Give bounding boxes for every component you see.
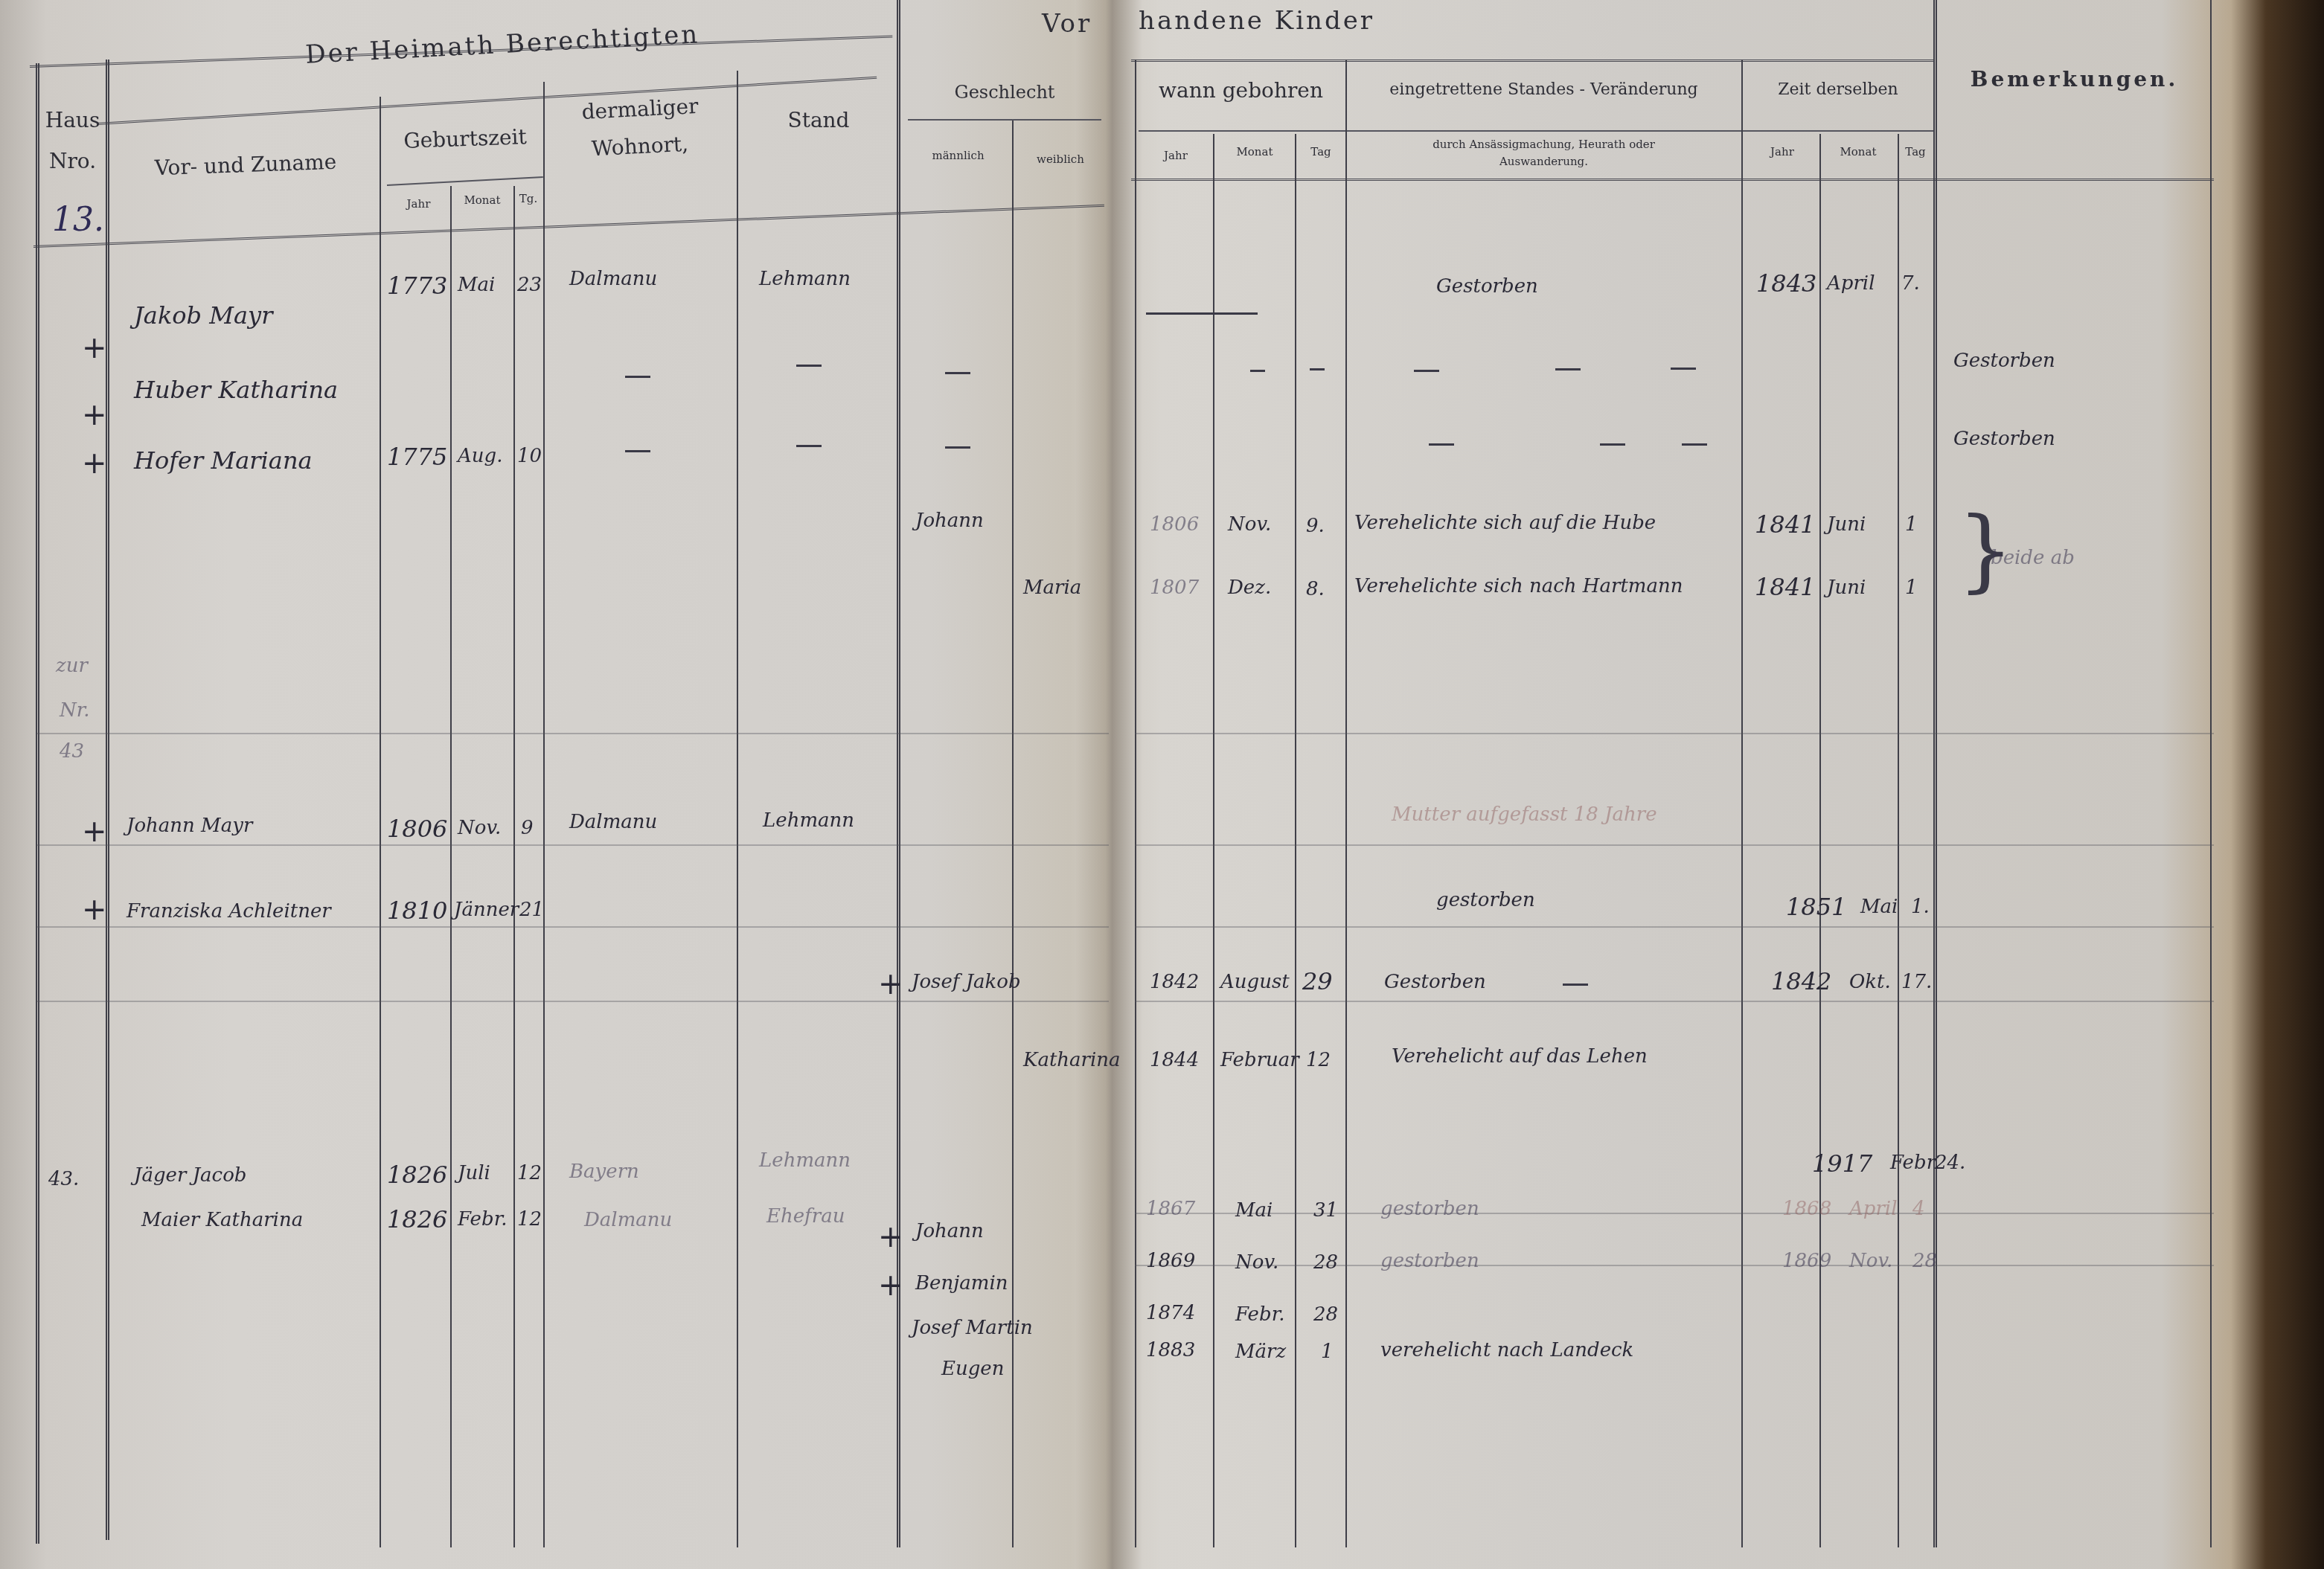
status-change: verehelicht nach Landeck	[1380, 1339, 1633, 1361]
status: Ehefrau	[766, 1205, 845, 1228]
header-bottom-rule	[33, 205, 1104, 248]
birth-day: 12	[517, 1208, 542, 1231]
deceased-cross-icon: +	[82, 446, 107, 481]
header-wohnort: Wohnort,	[557, 129, 722, 162]
header-geburtszeit: Geburtszeit	[390, 124, 540, 154]
header-wann-gebohren: wann gebohren	[1139, 78, 1343, 103]
col-line	[1345, 60, 1347, 1547]
ditto-dash	[796, 365, 822, 367]
ditto-dash	[625, 376, 650, 378]
header-der-heimath-berechtigten: Der Heimath Berechtigten	[304, 19, 700, 70]
row-divider	[1135, 1265, 2214, 1266]
child-name-female: Maria	[1023, 577, 1081, 599]
row-divider	[37, 844, 1109, 846]
child-birth-year: 1883	[1146, 1339, 1195, 1361]
header-zeit-tag: Tag	[1898, 145, 1933, 158]
status-change: Verehelicht auf das Lehen	[1392, 1045, 1648, 1068]
event-day: 1.	[1911, 896, 1930, 918]
margin-note-zur: zur	[56, 655, 88, 677]
event-month: Nov.	[1849, 1250, 1892, 1272]
status-change: gestorben	[1380, 1250, 1479, 1272]
header-nro: Nro.	[41, 149, 104, 173]
birth-year: 1810	[387, 896, 447, 925]
event-month: Febr.	[1890, 1152, 1940, 1174]
header-geb-tag: Tg.	[513, 192, 543, 205]
birth-day: 12	[517, 1162, 542, 1184]
status-change: gestorben	[1380, 1198, 1479, 1220]
house-number: 13.	[52, 201, 104, 239]
remark: Gestorben	[1953, 428, 2055, 450]
child-name-male: Johann	[915, 1220, 984, 1242]
birth-month: Aug.	[458, 445, 502, 467]
deceased-cross-icon: +	[878, 967, 903, 1001]
ditto-dash	[1671, 368, 1696, 370]
event-day: 1	[1905, 577, 1918, 599]
col-line	[1933, 0, 1937, 1547]
child-birth-day: 28	[1313, 1251, 1338, 1274]
header-bottom-rule	[1131, 179, 2214, 181]
child-birth-year: 1874	[1146, 1302, 1195, 1324]
row-divider	[1135, 1001, 2214, 1002]
event-year: 1869	[1782, 1250, 1831, 1272]
residence: Dalmanu	[569, 268, 657, 290]
title-rule	[1131, 60, 1935, 62]
deceased-cross-icon: +	[878, 1268, 903, 1303]
header-dermaliger: dermaliger	[557, 92, 722, 125]
birth-year: 1826	[387, 1161, 447, 1189]
left-page: Der Heimath Berechtigten Haus Nro. 13. V…	[22, 0, 1109, 1569]
header-kind-monat: Monat	[1214, 145, 1295, 158]
header-geb-jahr: Jahr	[387, 197, 450, 211]
row-divider	[37, 733, 1109, 734]
header-weiblich: weiblich	[1016, 153, 1105, 166]
status-change: Gestorben	[1384, 971, 1486, 993]
col-line	[1213, 134, 1214, 1547]
status-change: gestorben	[1436, 889, 1535, 911]
ditto-dash	[1414, 370, 1439, 372]
deceased-cross-icon: +	[82, 331, 107, 365]
status-change: Verehelichte sich nach Hartmann	[1354, 575, 1683, 597]
deceased-cross-icon: +	[82, 398, 107, 432]
event-year: 1851	[1786, 893, 1846, 921]
child-birth-year: 1806	[1150, 513, 1199, 536]
status: Lehmann	[759, 268, 851, 290]
header-standes-sub-2: Auswanderung.	[1348, 155, 1739, 168]
child-birth-month: Mai	[1235, 1199, 1273, 1222]
child-name-male: Eugen	[941, 1358, 1005, 1380]
birth-year: 1806	[387, 815, 447, 843]
event-year: 1842	[1771, 967, 1831, 995]
residence: Bayern	[569, 1161, 639, 1183]
header-haus: Haus	[41, 108, 104, 132]
event-month: Juni	[1827, 513, 1866, 536]
col-line	[380, 97, 381, 1547]
ditto-dash	[1250, 370, 1265, 372]
child-birth-month: August	[1220, 971, 1290, 993]
row-divider	[1135, 926, 2214, 928]
child-birth-year: 1869	[1146, 1250, 1195, 1272]
col-line	[1741, 60, 1743, 1547]
margin-note-nr: Nr.	[60, 699, 90, 722]
status-change: Verehelichte sich auf die Hube	[1354, 512, 1656, 534]
child-birth-month: Februar	[1220, 1049, 1299, 1071]
row-divider	[37, 1001, 1109, 1002]
event-day: 4	[1912, 1198, 1925, 1220]
ditto-dash	[1555, 368, 1581, 370]
status-change: Gestorben	[1436, 275, 1538, 298]
child-birth-month: Febr.	[1235, 1303, 1285, 1326]
remark: beide ab	[1991, 547, 2075, 569]
person-name: Huber Katharina	[134, 376, 338, 404]
ditto-dash	[1563, 984, 1588, 986]
birth-month: Juli	[458, 1162, 490, 1184]
event-month: April	[1849, 1198, 1897, 1220]
col-line	[1135, 60, 1136, 1547]
header-standes-sub-1: durch Ansässigmachung, Heurath oder	[1348, 138, 1739, 151]
birth-month: Jänner	[454, 899, 519, 921]
ditto-dash	[796, 445, 822, 447]
birth-day: 10	[517, 445, 542, 467]
event-day: 7.	[1901, 272, 1920, 295]
row-divider	[1135, 844, 2214, 846]
birth-day: 21	[519, 899, 544, 921]
person-name: Maier Katharina	[141, 1209, 303, 1231]
child-name-male: Josef Jakob	[912, 971, 1021, 993]
child-birth-day: 8.	[1306, 578, 1325, 600]
ditto-dash	[945, 372, 970, 374]
child-birth-month: Nov.	[1235, 1251, 1278, 1274]
header-zeit-monat: Monat	[1821, 145, 1895, 158]
event-day: 24.	[1935, 1152, 1965, 1174]
event-day: 17.	[1901, 971, 1932, 993]
birth-month: Febr.	[458, 1208, 508, 1231]
col-line	[543, 82, 545, 1547]
ditto-dash	[625, 450, 650, 452]
col-line	[513, 186, 515, 1547]
residence: Dalmanu	[584, 1209, 672, 1231]
header-maennlich: männlich	[904, 149, 1012, 162]
ledger-book: Der Heimath Berechtigten Haus Nro. 13. V…	[0, 0, 2324, 1569]
event-year: 1841	[1755, 510, 1815, 539]
deceased-cross-icon: +	[82, 893, 107, 927]
header-standes-veraenderung: eingetrettene Standes - Veränderung	[1348, 80, 1739, 99]
house-number-entry: 43.	[48, 1168, 79, 1190]
col-line	[1898, 134, 1899, 1547]
ditto-dash	[1146, 312, 1258, 315]
header-geb-monat: Monat	[452, 193, 512, 207]
ditto-dash	[1600, 443, 1625, 446]
status: Lehmann	[763, 809, 854, 832]
col-line	[897, 0, 900, 1547]
sub-header-rule	[1139, 130, 1935, 132]
geburtszeit-sub-rule	[387, 176, 543, 186]
header-kind-tag: Tag	[1296, 145, 1345, 158]
margin-note-43: 43	[60, 740, 84, 763]
event-month: Mai	[1860, 896, 1898, 918]
status-change: Mutter aufgefasst 18 Jahre	[1392, 803, 1657, 826]
child-birth-year: 1807	[1150, 577, 1199, 599]
child-name-male: Johann	[915, 510, 984, 532]
event-month: Juni	[1827, 577, 1866, 599]
child-birth-year: 1867	[1146, 1198, 1195, 1220]
event-day: 1	[1905, 513, 1918, 536]
event-year: 1841	[1755, 573, 1815, 601]
header-geschlecht: Geschlecht	[908, 82, 1101, 103]
event-year: 1843	[1756, 269, 1816, 298]
birth-month: Nov.	[458, 817, 501, 839]
col-line	[1819, 134, 1821, 1547]
birth-year: 1826	[387, 1205, 447, 1233]
col-line	[737, 71, 738, 1547]
col-line	[106, 60, 109, 1540]
birth-day: 9	[521, 817, 534, 839]
row-divider	[1135, 733, 2214, 734]
birth-year: 1773	[387, 272, 447, 300]
row-divider	[1135, 1213, 2214, 1214]
header-zeit-derselben: Zeit derselben	[1745, 80, 1931, 99]
child-birth-day: 29	[1302, 967, 1333, 995]
header-vor-und-zuname: Vor- und Zuname	[127, 148, 365, 181]
header-bemerkungen: Bemerkungen.	[1939, 67, 2210, 92]
deceased-cross-icon: +	[82, 815, 107, 849]
row-divider	[37, 926, 1109, 928]
child-birth-month: März	[1235, 1341, 1286, 1363]
ditto-dash	[1310, 368, 1325, 370]
child-birth-month: Dez.	[1228, 577, 1271, 599]
child-birth-year: 1842	[1150, 971, 1199, 993]
event-day: 28	[1912, 1250, 1937, 1272]
right-page: Vor handene Kinder wann gebohren Jahr Mo…	[1116, 0, 2158, 1569]
ditto-dash	[1682, 443, 1707, 446]
header-vor: Vor	[1042, 9, 1092, 39]
person-name: Hofer Mariana	[134, 446, 313, 475]
residence: Dalmanu	[569, 811, 657, 833]
child-name-male: Josef Martin	[912, 1317, 1033, 1339]
event-month: April	[1827, 272, 1875, 295]
header-handene-kinder: handene Kinder	[1139, 6, 1374, 36]
person-name: Johann Mayr	[127, 815, 252, 837]
child-birth-day: 12	[1306, 1049, 1331, 1071]
child-birth-year: 1844	[1150, 1049, 1199, 1071]
person-name: Franziska Achleitner	[127, 900, 331, 923]
header-zeit-jahr: Jahr	[1745, 145, 1819, 158]
birth-day: 23	[517, 274, 542, 296]
child-birth-month: Nov.	[1228, 513, 1271, 536]
col-line	[36, 63, 39, 1544]
child-birth-day: 28	[1313, 1303, 1338, 1326]
birth-month: Mai	[458, 274, 495, 296]
birth-year: 1775	[387, 443, 447, 471]
deceased-cross-icon: +	[878, 1220, 903, 1254]
col-line	[1295, 134, 1296, 1547]
child-birth-day: 9.	[1306, 515, 1325, 537]
col-line	[450, 186, 452, 1547]
geschlecht-sub-rule	[908, 119, 1101, 121]
child-birth-day: 31	[1313, 1199, 1338, 1222]
status: Lehmann	[759, 1149, 851, 1172]
col-line	[2210, 0, 2212, 1547]
header-stand: Stand	[748, 108, 889, 132]
ditto-dash	[1429, 443, 1454, 446]
person-name: Jäger Jacob	[134, 1164, 246, 1187]
event-year: 1868	[1782, 1198, 1831, 1220]
child-name-female: Katharina	[1023, 1049, 1121, 1071]
event-year: 1917	[1812, 1149, 1872, 1178]
person-name: Jakob Mayr	[134, 301, 272, 330]
event-month: Okt.	[1849, 971, 1891, 993]
ditto-dash	[945, 446, 970, 449]
child-name-male: Benjamin	[915, 1272, 1008, 1294]
remark: Gestorben	[1953, 350, 2055, 372]
header-kind-jahr: Jahr	[1139, 149, 1213, 162]
child-birth-day: 1	[1321, 1341, 1334, 1363]
